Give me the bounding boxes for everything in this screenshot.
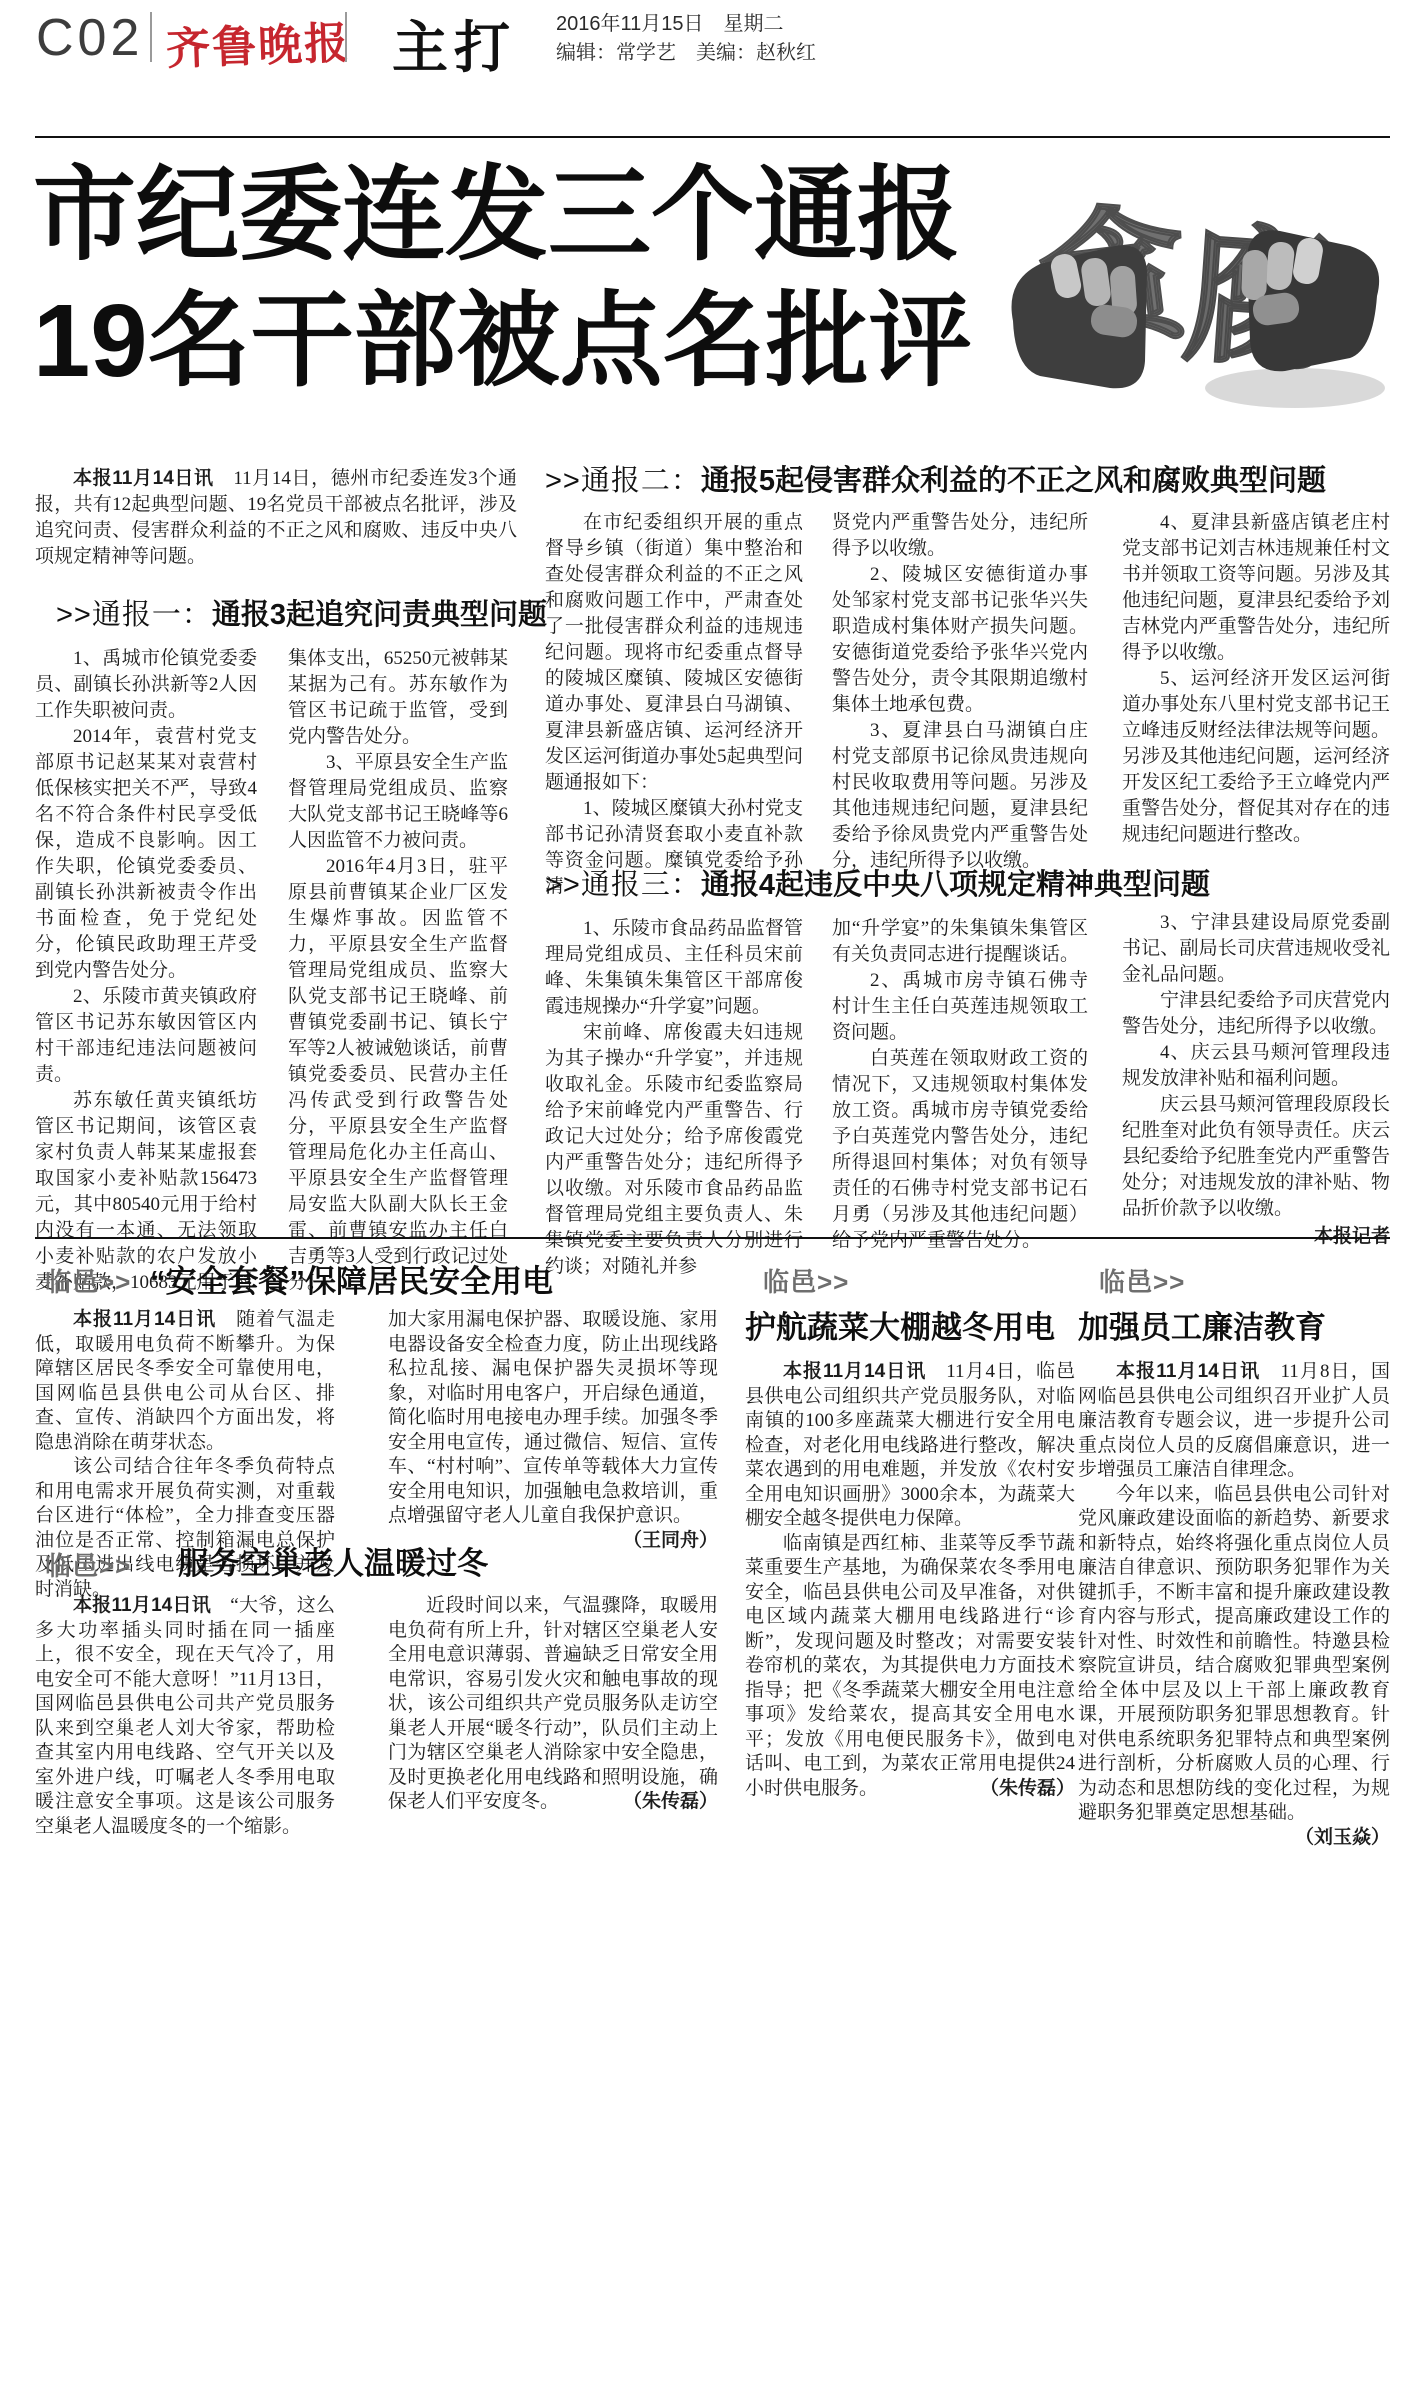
notice3-heading: >>通报三：通报4起违反中央八项规定精神典型问题 xyxy=(545,862,1210,903)
brief1-col2: 加大家用漏电保护器、取暖设施、家用电器设备安全检查力度，防止出现线路私拉乱接、漏… xyxy=(388,1308,718,1553)
notice2-prefix: >>通报二： xyxy=(545,465,701,497)
paragraph: 1、乐陵市食品药品监督管理局党组成员、主任科员宋前峰、朱集镇朱集管区干部席俊霞违… xyxy=(545,916,803,1020)
paragraph: 加大家用漏电保护器、取暖设施、家用电器设备安全检查力度，防止出现线路私拉乱接、漏… xyxy=(388,1308,718,1529)
intro-paragraph-block: 本报11月14日讯 11月14日，德州市纪委连发3个通报，共有12起典型问题、1… xyxy=(35,466,517,570)
paragraph: 宋前峰、席俊霞夫妇违规为其子操办“升学宴”，并违规收取礼金。乐陵市纪委监察局给予… xyxy=(545,1020,803,1280)
notice3-col3: 3、宁津县建设局原党委副书记、副局长司庆营违规收受礼金礼品问题。 宁津县纪委给予… xyxy=(1122,910,1390,1250)
newspaper-page: C02 齐鲁晚报 主打 2016年11月15日 星期二 编辑：常学艺 美编：赵秋… xyxy=(0,0,1413,2395)
headline-line2: 19名干部被点名批评 xyxy=(33,278,993,404)
paragraph: 临南镇是西红柿、韭菜等反季节蔬菜重要生产基地，为确保菜农冬季用电安全，临邑县供电… xyxy=(745,1532,1075,1802)
brief3-text: 11月4日，临邑县供电公司组织共产党员服务队，对临南镇的100多座蔬菜大棚进行安… xyxy=(745,1361,1075,1529)
paragraph: 庆云县马颊河管理段原段长纪胜奎对此负有领导责任。庆云县纪委给予纪胜奎党内严重警告… xyxy=(1122,1092,1390,1222)
paragraph: 本报11月14日讯 “大爷，这么多大功率插头同时插在同一插座上，很不安全，现在天… xyxy=(35,1594,335,1839)
page-number: C02 xyxy=(36,8,143,68)
paragraph: 宁津县纪委给予司庆营党内警告处分，违纪所得予以收缴。 xyxy=(1122,988,1390,1040)
brief2-col1: 本报11月14日讯 “大爷，这么多大功率插头同时插在同一插座上，很不安全，现在天… xyxy=(35,1594,335,1839)
author-byline: （朱传磊） xyxy=(585,1790,718,1815)
notice3-prefix: >>通报三： xyxy=(545,869,701,901)
dateline-lead: 本报11月14日讯 xyxy=(1116,1361,1260,1382)
newspaper-logo: 齐鲁晚报 xyxy=(165,7,351,77)
author-byline: （刘玉焱） xyxy=(1257,1826,1390,1851)
dateline-lead: 本报11月14日讯 xyxy=(73,1595,211,1616)
section-title: 主打 xyxy=(392,4,516,84)
brief2-text2: 近段时间以来，气温骤降，取暖用电负荷有所上升，针对辖区空巢老人安全用电意识薄弱、… xyxy=(388,1595,718,1812)
brief1-title: “安全套餐”保障居民安全用电 xyxy=(150,1256,553,1301)
paragraph: 3、夏津县白马湖镇白庄村党支部原书记徐凤贵违规向村民收取费用等问题。另涉及其他违… xyxy=(832,718,1088,874)
notice2-heading: >>通报二：通报5起侵害群众利益的不正之风和腐败典型问题 xyxy=(545,458,1326,499)
paragraph: 4、夏津县新盛店镇老庄村党支部书记刘吉林违规兼任村文书并领取工资等问题。另涉及其… xyxy=(1122,510,1390,666)
brief3-title: 护航蔬菜大棚越冬用电 xyxy=(745,1302,1055,1347)
brief4-text2: 今年以来，临邑县供电公司针对党风廉政建设面临的新趋势、新要求和新特点，始终将强化… xyxy=(1078,1484,1390,1824)
region-tag-linyi: 临邑>> xyxy=(45,1262,131,1299)
paragraph: 2、禹城市房寺镇石佛寺村计生主任白英莲违规领取工资问题。 xyxy=(832,968,1088,1046)
notice2-col2: 贤党内严重警告处分，违纪所得予以收缴。 2、陵城区安德街道办事处邹家村党支部书记… xyxy=(832,510,1088,874)
paragraph: 白英莲在领取财政工资的情况下，又违规领取村集体发放工资。禹城市房寺镇党委给予白英… xyxy=(832,1046,1088,1254)
notice3-title: 通报4起违反中央八项规定精神典型问题 xyxy=(701,869,1210,901)
paragraph: 2014年，袁营村党支部原书记赵某某对袁营村低保核实把关不严，导致4名不符合条件… xyxy=(35,724,257,984)
paragraph: 近段时间以来，气温骤降，取暖用电负荷有所上升，针对辖区空巢老人安全用电意识薄弱、… xyxy=(388,1594,718,1815)
paragraph: 本报11月14日讯 11月8日，国网临邑县供电公司组织召开业扩人员廉洁教育专题会… xyxy=(1078,1360,1390,1483)
main-headline: 市纪委连发三个通报 19名干部被点名批评 xyxy=(33,152,993,404)
brief2-col2: 近段时间以来，气温骤降，取暖用电负荷有所上升，针对辖区空巢老人安全用电意识薄弱、… xyxy=(388,1594,718,1815)
notice1-heading: >>通报一：通报3起追究问责典型问题 xyxy=(56,592,547,633)
brief3-col: 本报11月14日讯 11月4日，临邑县供电公司组织共产党员服务队，对临南镇的10… xyxy=(745,1360,1075,1801)
paragraph: 3、平原县安全生产监督管理局党组成员、监察大队党支部书记王晓峰等6人因监管不力被… xyxy=(288,750,508,854)
issue-date: 2016年11月15日 星期二 xyxy=(556,10,816,39)
header-rule xyxy=(35,136,1390,138)
intro-paragraph: 本报11月14日讯 11月14日，德州市纪委连发3个通报，共有12起典型问题、1… xyxy=(35,466,517,570)
brief2-text: “大爷，这么多大功率插头同时插在同一插座上，很不安全，现在天气冷了，用电安全可不… xyxy=(35,1595,335,1837)
paragraph: 加“升学宴”的朱集镇朱集管区有关负责同志进行提醒谈话。 xyxy=(832,916,1088,968)
dateline-lead: 本报11月14日讯 xyxy=(73,468,214,489)
paragraph: 今年以来，临邑县供电公司针对党风廉政建设面临的新趋势、新要求和新特点，始终将强化… xyxy=(1078,1483,1390,1826)
date-editors-block: 2016年11月15日 星期二 编辑：常学艺 美编：赵秋红 xyxy=(556,10,816,68)
notice2-col1: 在市纪委组织开展的重点督导乡镇（街道）集中整治和查处侵害群众利益的不正之风和腐败… xyxy=(545,510,803,900)
paragraph: 贤党内严重警告处分，违纪所得予以收缴。 xyxy=(832,510,1088,562)
section-separator-rule xyxy=(35,1237,1390,1239)
brief1-text2: 加大家用漏电保护器、取暖设施、家用电器设备安全检查力度，防止出现线路私拉乱接、漏… xyxy=(388,1309,718,1526)
dateline-lead: 本报11月14日讯 xyxy=(73,1309,216,1330)
graphic-svg: 贪 腐 xyxy=(995,146,1395,418)
notice1-col1: 1、禹城市伦镇党委委员、副镇长孙洪新等2人因工作失职被问责。 2014年，袁营村… xyxy=(35,646,257,1296)
paragraph: 在市纪委组织开展的重点督导乡镇（街道）集中整治和查处侵害群众利益的不正之风和腐败… xyxy=(545,510,803,796)
brief2-title: 服务空巢老人温暖过冬 xyxy=(178,1538,488,1583)
region-tag-linyi: 临邑>> xyxy=(1099,1262,1185,1299)
editors-line: 编辑：常学艺 美编：赵秋红 xyxy=(556,39,816,68)
author-byline: （王同舟） xyxy=(623,1529,718,1554)
fists-crushing-corruption-graphic: 贪 腐 xyxy=(995,146,1395,418)
paragraph: 4、庆云县马颊河管理段违规发放津补贴和福利问题。 xyxy=(1122,1040,1390,1092)
paragraph: 本报11月14日讯 11月4日，临邑县供电公司组织共产党员服务队，对临南镇的10… xyxy=(745,1360,1075,1532)
headline-line1: 市纪委连发三个通报 xyxy=(33,152,993,278)
notice1-prefix: >>通报一： xyxy=(56,599,212,631)
header-divider xyxy=(150,12,152,62)
notice2-col3: 4、夏津县新盛店镇老庄村党支部书记刘吉林违规兼任村文书并领取工资等问题。另涉及其… xyxy=(1122,510,1390,848)
paragraph: 2、陵城区安德街道办事处邹家村党支部书记张华兴失职造成村集体财产损失问题。安德街… xyxy=(832,562,1088,718)
notice2-title: 通报5起侵害群众利益的不正之风和腐败典型问题 xyxy=(701,465,1326,497)
paragraph: 5、运河经济开发区运河街道办事处东八里村党支部书记王立峰违反财经法律法规等问题。… xyxy=(1122,666,1390,848)
dateline-lead: 本报11月14日讯 xyxy=(783,1361,926,1382)
paragraph: 集体支出，65250元被韩某某据为己有。苏东敏作为管区书记疏于监管，受到党内警告… xyxy=(288,646,508,750)
left-fist-icon xyxy=(1012,245,1147,388)
notice3-col1: 1、乐陵市食品药品监督管理局党组成员、主任科员宋前峰、朱集镇朱集管区干部席俊霞违… xyxy=(545,916,803,1280)
brief1-text: 随着气温走低，取暖用电负荷不断攀升。为保障辖区居民冬季安全可靠使用电，国网临邑县… xyxy=(35,1309,335,1453)
brief3-text2: 临南镇是西红柿、韭菜等反季节蔬菜重要生产基地，为确保菜农冬季用电安全，临邑县供电… xyxy=(745,1533,1075,1799)
region-tag-linyi: 临邑>> xyxy=(45,1546,131,1583)
notice3-col2: 加“升学宴”的朱集镇朱集管区有关负责同志进行提醒谈话。 2、禹城市房寺镇石佛寺村… xyxy=(832,916,1088,1254)
paragraph: 1、禹城市伦镇党委委员、副镇长孙洪新等2人因工作失职被问责。 xyxy=(35,646,257,724)
right-fist-icon xyxy=(1241,230,1379,371)
paragraph: 2016年4月3日，驻平原县前曹镇某企业厂区发生爆炸事故。因监管不力，平原县安全… xyxy=(288,854,508,1296)
brief4-col: 本报11月14日讯 11月8日，国网临邑县供电公司组织召开业扩人员廉洁教育专题会… xyxy=(1078,1360,1390,1850)
region-tag-linyi: 临邑>> xyxy=(763,1262,849,1299)
brief4-title: 加强员工廉洁教育 xyxy=(1078,1302,1326,1347)
header-divider xyxy=(345,12,347,62)
paragraph: 3、宁津县建设局原党委副书记、副局长司庆营违规收受礼金礼品问题。 xyxy=(1122,910,1390,988)
notice1-title: 通报3起追究问责典型问题 xyxy=(212,599,547,631)
author-byline: （朱传磊） xyxy=(942,1777,1075,1802)
paragraph: 2、乐陵市黄夹镇政府管区书记苏东敏因管区内村干部违纪违法问题被问责。 xyxy=(35,984,257,1088)
notice1-col2: 集体支出，65250元被韩某某据为己有。苏东敏作为管区书记疏于监管，受到党内警告… xyxy=(288,646,508,1296)
paragraph: 本报11月14日讯 随着气温走低，取暖用电负荷不断攀升。为保障辖区居民冬季安全可… xyxy=(35,1308,335,1455)
